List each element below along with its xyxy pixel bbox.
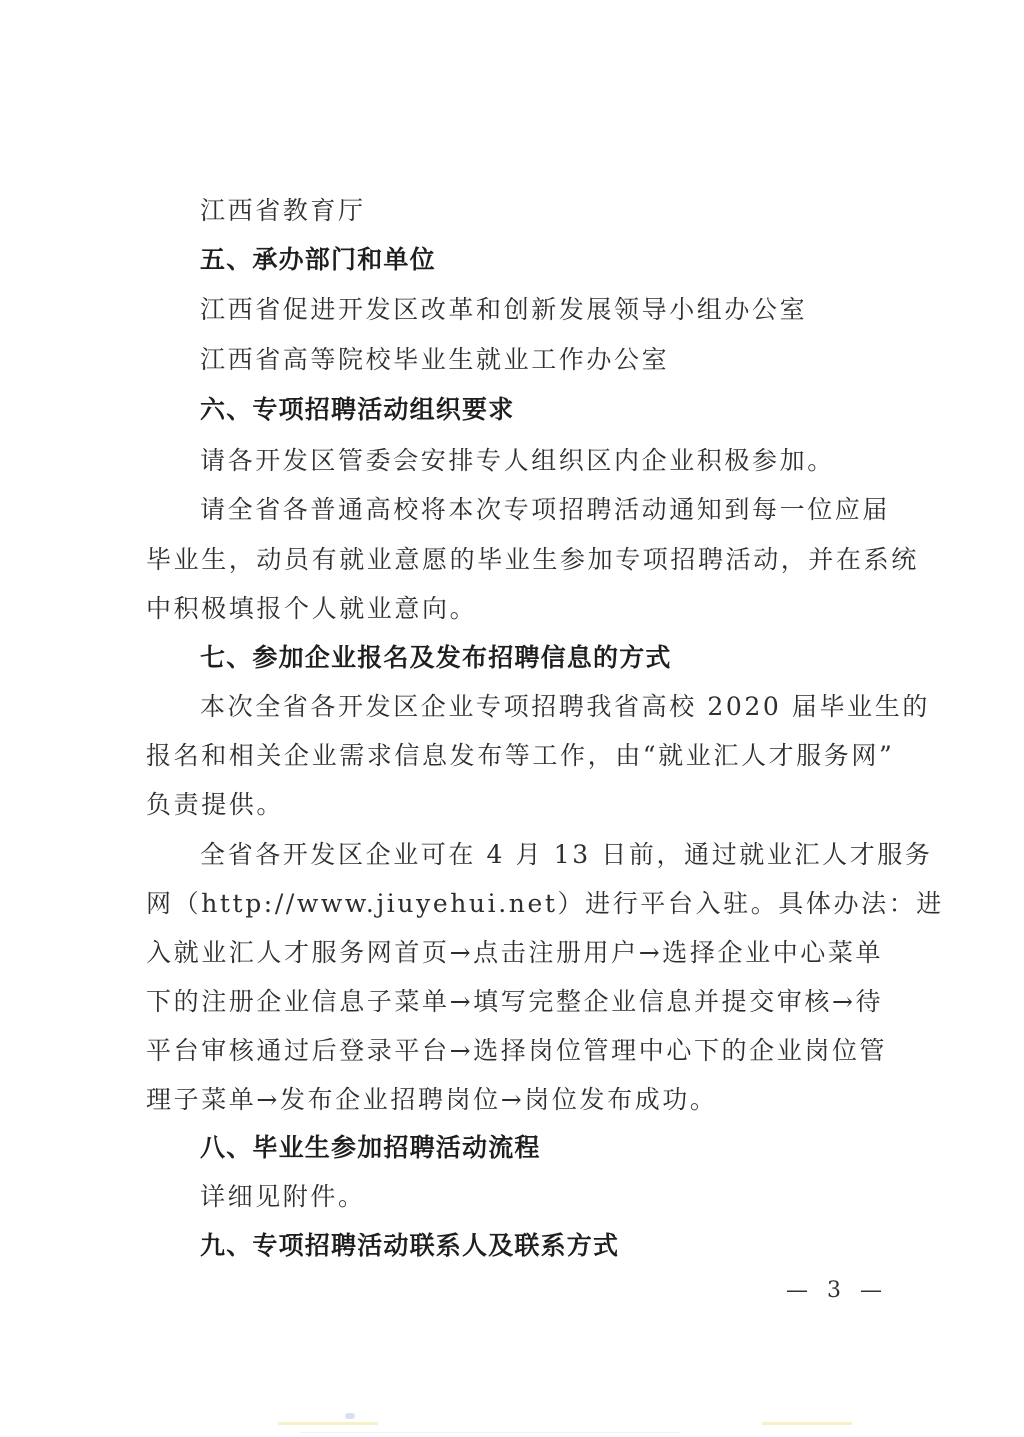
- body-line: 江西省高等院校毕业生就业工作办公室: [200, 345, 669, 375]
- body-line: 江西省教育厅: [200, 196, 366, 226]
- body-line: 入就业汇人才服务网首页→点击注册用户→选择企业中心菜单: [146, 938, 883, 968]
- body-line: 本次全省各开发区企业专项招聘我省高校 2020 届毕业生的: [200, 692, 930, 722]
- body-line-url: 网（http://www.jiuyehui.net）进行平台入驻。具体办法：进: [146, 889, 944, 919]
- scan-artifact: [300, 1432, 680, 1433]
- body-line: 理子菜单→发布企业招聘岗位→岗位发布成功。: [146, 1085, 718, 1115]
- body-line: 负责提供。: [146, 790, 284, 820]
- section-heading-6: 六、专项招聘活动组织要求: [200, 395, 514, 425]
- body-line: 详细见附件。: [200, 1182, 366, 1212]
- document-page: 江西省教育厅 五、承办部门和单位 江西省促进开发区改革和创新发展领导小组办公室 …: [0, 0, 1024, 1437]
- page-number: — 3 —: [786, 1276, 888, 1306]
- section-heading-9: 九、专项招聘活动联系人及联系方式: [200, 1231, 619, 1261]
- body-line: 请全省各普通高校将本次专项招聘活动通知到每一位应届: [200, 495, 890, 525]
- body-line: 全省各开发区企业可在 4 月 13 日前，通过就业汇人才服务: [200, 840, 933, 870]
- body-line: 毕业生，动员有就业意愿的毕业生参加专项招聘活动，并在系统: [146, 545, 919, 575]
- body-line: 报名和相关企业需求信息发布等工作，由“就业汇人才服务网”: [146, 741, 894, 771]
- scan-artifact: [345, 1413, 355, 1419]
- body-line: 江西省促进开发区改革和创新发展领导小组办公室: [200, 295, 807, 325]
- section-heading-7: 七、参加企业报名及发布招聘信息的方式: [200, 643, 672, 673]
- scan-artifact: [762, 1422, 852, 1425]
- body-line: 请各开发区管委会安排专人组织区内企业积极参加。: [200, 446, 835, 476]
- body-line: 平台审核通过后登录平台→选择岗位管理中心下的企业岗位管: [146, 1036, 887, 1066]
- section-heading-5: 五、承办部门和单位: [200, 245, 436, 275]
- section-heading-8: 八、毕业生参加招聘活动流程: [200, 1133, 541, 1163]
- scan-artifact: [278, 1422, 378, 1425]
- body-line: 下的注册企业信息子菜单→填写完整企业信息并提交审核→待: [146, 987, 883, 1017]
- body-line: 中积极填报个人就业意向。: [146, 594, 477, 624]
